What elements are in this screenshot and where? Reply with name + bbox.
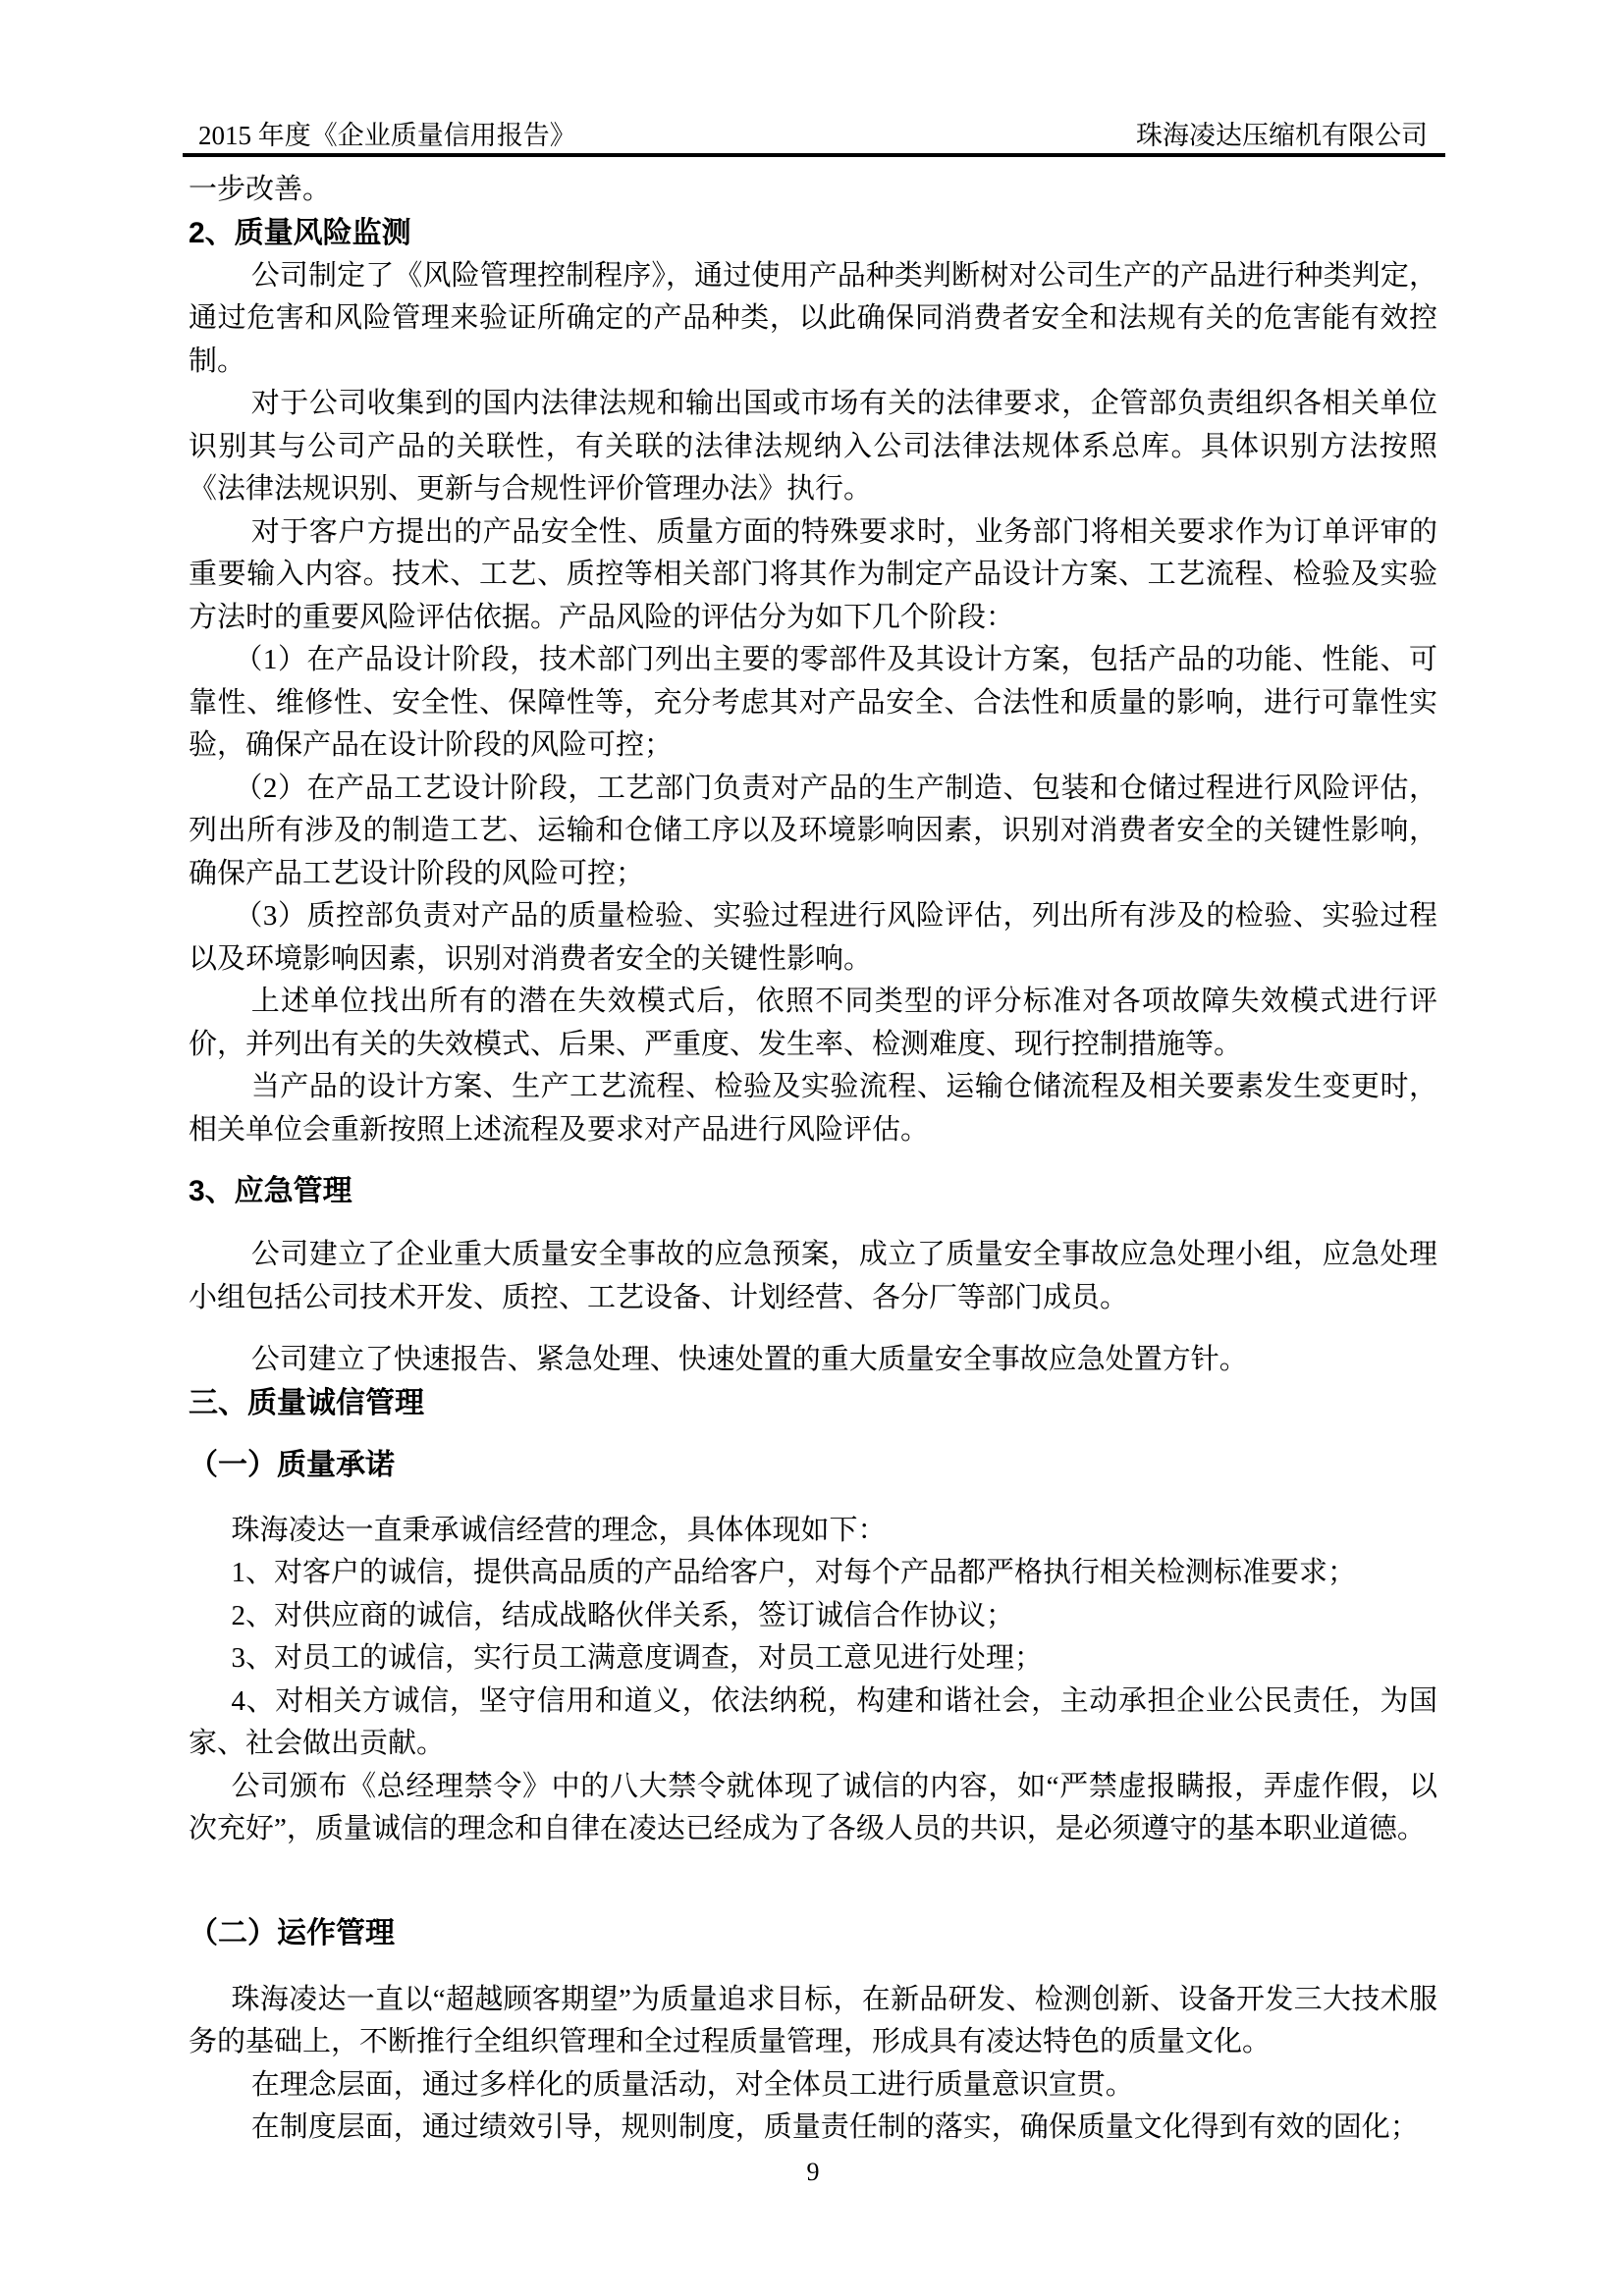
paragraph: 公司建立了快速报告、紧急处理、快速处置的重大质量安全事故应急处置方针。 (189, 1339, 1437, 1382)
list-item-1: （1）在产品设计阶段，技术部门列出主要的零部件及其设计方案，包括产品的功能、性能… (189, 639, 1437, 768)
heading-risk-monitoring: 2、质量风险监测 (189, 212, 1437, 255)
page-number: 9 (189, 2154, 1437, 2191)
paragraph: 在制度层面，通过绩效引导，规则制度，质量责任制的落实，确保质量文化得到有效的固化… (189, 2107, 1437, 2150)
list-item-3: （3）质控部负责对产品的质量检验、实验过程进行风险评估，列出所有涉及的检验、实验… (189, 895, 1437, 981)
paragraph: 珠海凌达一直以“超越顾客期望”为质量追求目标，在新品研发、检测创新、设备开发三大… (189, 1979, 1437, 2064)
list-item-employee-integrity: 3、对员工的诚信，实行员工满意度调查，对员工意见进行处理； (189, 1637, 1437, 1681)
header-report-title: 2015 年度《企业质量信用报告》 (198, 120, 576, 151)
paragraph: 对于客户方提出的产品安全性、质量方面的特殊要求时，业务部门将相关要求作为订单评审… (189, 511, 1437, 640)
paragraph: 上述单位找出所有的潜在失效模式后，依照不同类型的评分标准对各项故障失效模式进行评… (189, 981, 1437, 1066)
heading-emergency-management: 3、应急管理 (189, 1170, 1437, 1213)
document-body: 一步改善。 2、质量风险监测 公司制定了《风险管理控制程序》，通过使用产品种类判… (189, 169, 1437, 2191)
paragraph: 当产品的设计方案、生产工艺流程、检验及实验流程、运输仓储流程及相关要素发生变更时… (189, 1066, 1437, 1151)
list-item-stakeholder-integrity: 4、对相关方诚信，坚守信用和道义，依法纳税，构建和谐社会，主动承担企业公民责任，… (189, 1681, 1437, 1766)
paragraph: 珠海凌达一直秉承诚信经营的理念，具体体现如下： (189, 1510, 1437, 1553)
paragraph: 公司制定了《风险管理控制程序》，通过使用产品种类判断树对公司生产的产品进行种类判… (189, 255, 1437, 384)
paragraph: 公司颁布《总经理禁令》中的八大禁令就体现了诚信的内容，如“严禁虚报瞒报，弄虚作假… (189, 1766, 1437, 1851)
document-page: 2015 年度《企业质量信用报告》 珠海凌达压缩机有限公司 一步改善。 2、质量… (0, 0, 1624, 2296)
heading-quality-commitment: （一）质量承诺 (189, 1444, 1437, 1487)
header-company-name: 珠海凌达压缩机有限公司 (1136, 120, 1428, 151)
list-item-supplier-integrity: 2、对供应商的诚信，结成战略伙伴关系，签订诚信合作协议； (189, 1595, 1437, 1638)
list-item-customer-integrity: 1、对客户的诚信，提供高品质的产品给客户，对每个产品都严格执行相关检测标准要求； (189, 1552, 1437, 1595)
heading-quality-integrity-management: 三、质量诚信管理 (189, 1382, 1437, 1425)
paragraph: 公司建立了企业重大质量安全事故的应急预案，成立了质量安全事故应急处理小组，应急处… (189, 1234, 1437, 1319)
header-rule (183, 153, 1445, 157)
page-header: 2015 年度《企业质量信用报告》 珠海凌达压缩机有限公司 (198, 120, 1428, 151)
paragraph: 在理念层面，通过多样化的质量活动，对全体员工进行质量意识宣贯。 (189, 2064, 1437, 2108)
list-item-2: （2）在产品工艺设计阶段，工艺部门负责对产品的生产制造、包装和仓储过程进行风险评… (189, 768, 1437, 896)
continued-paragraph: 一步改善。 (189, 169, 1437, 212)
paragraph: 对于公司收集到的国内法律法规和输出国或市场有关的法律要求，企管部负责组织各相关单… (189, 383, 1437, 511)
heading-operation-management: （二）运作管理 (189, 1912, 1437, 1955)
